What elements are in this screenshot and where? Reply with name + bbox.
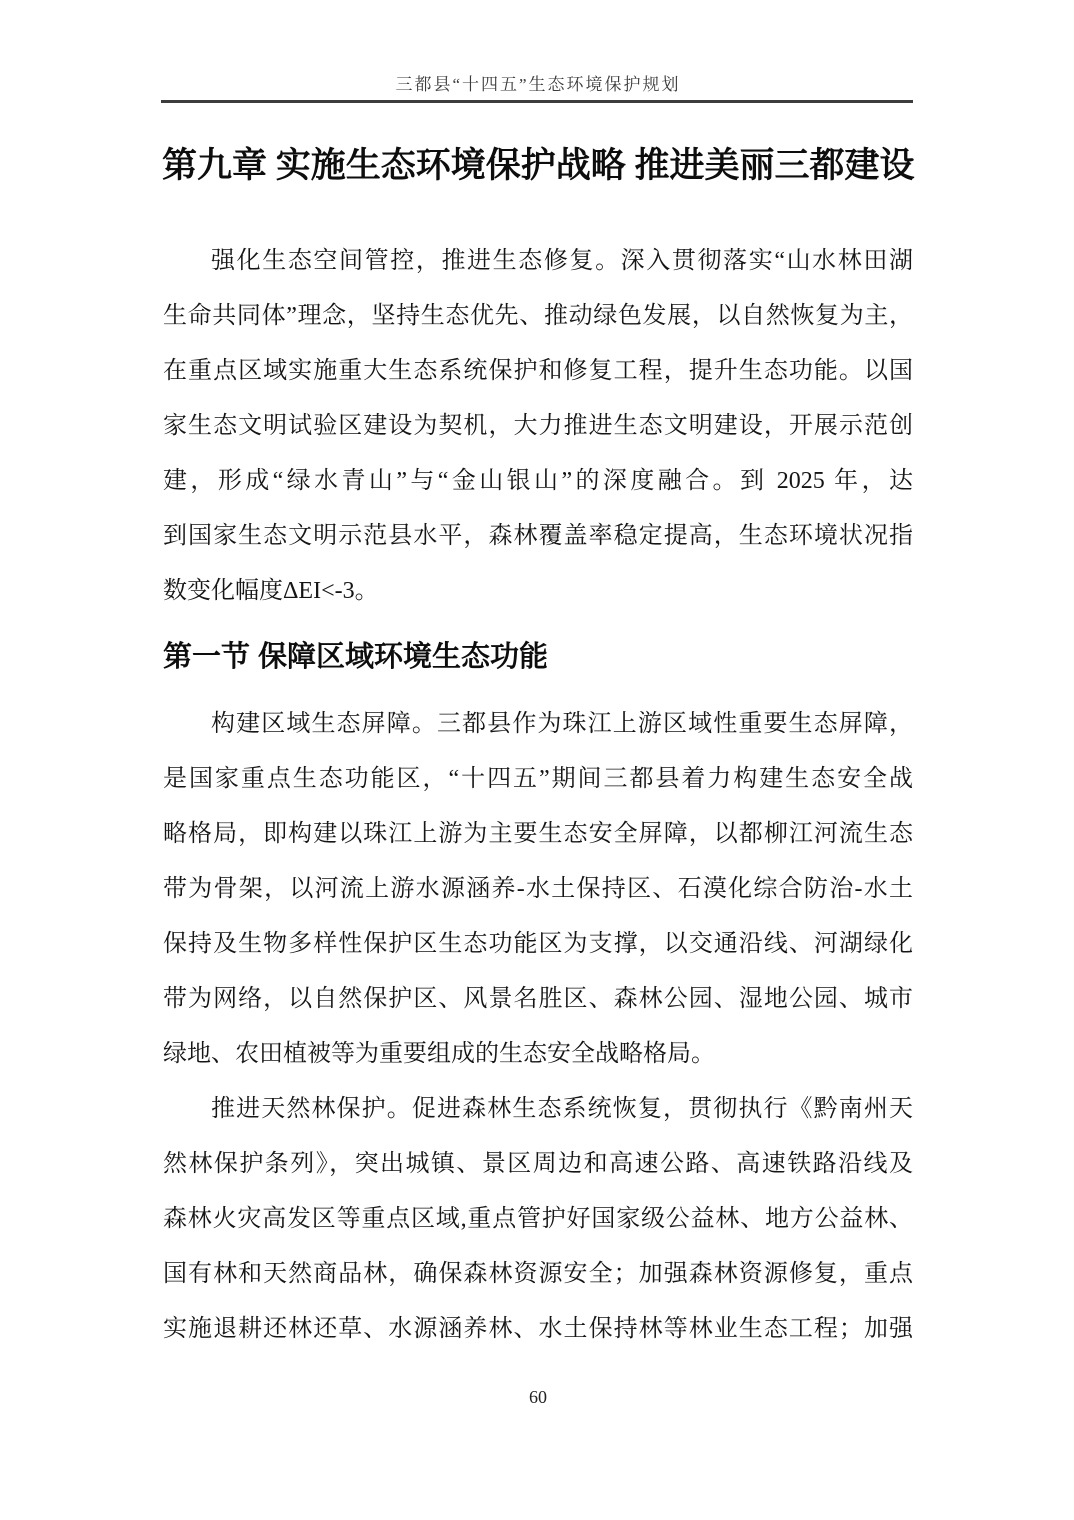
text-line: 略格局，即构建以珠江上游为主要生态安全屏障，以都柳江河流生态 [163, 807, 913, 862]
text-line: 实施退耕还林还草、水源涵养林、水土保持林等林业生态工程；加强 [163, 1302, 913, 1357]
text-line: 带为骨架，以河流上游水源涵养-水土保持区、石漠化综合防治-水土 [163, 862, 913, 917]
section-heading: 第一节 保障区域环境生态功能 [163, 635, 915, 679]
text-line: 然林保护条列》，突出城镇、景区周边和高速公路、高速铁路沿线及 [163, 1137, 913, 1192]
text-line: 家生态文明试验区建设为契机，大力推进生态文明建设，开展示范创 [163, 399, 913, 454]
text-line: 强化生态空间管控，推进生态修复。深入贯彻落实“山水林田湖 [163, 234, 913, 289]
text-line: 构建区域生态屏障。三都县作为珠江上游区域性重要生态屏障， [163, 697, 913, 752]
text-line: 建，形成“绿水青山”与“金山银山”的深度融合。到 2025 年，达 [163, 454, 913, 509]
running-header-title: 三都县“十四五”生态环境保护规划 [162, 72, 914, 98]
text-line: 森林火灾高发区等重点区域,重点管护好国家级公益林、地方公益林、 [163, 1192, 913, 1247]
header-rule [161, 100, 913, 103]
text-line: 是国家重点生态功能区，“十四五”期间三都县着力构建生态安全战 [163, 752, 913, 807]
chapter-title: 第九章 实施生态环境保护战略 推进美丽三都建设 [162, 140, 914, 192]
paragraph-regional-eco-barrier: 构建区域生态屏障。三都县作为珠江上游区域性重要生态屏障，是国家重点生态功能区，“… [163, 697, 913, 1082]
text-line: 生命共同体”理念，坚持生态优先、推动绿色发展，以自然恢复为主， [163, 289, 913, 344]
text-line: 国有林和天然商品林，确保森林资源安全；加强森林资源修复，重点 [163, 1247, 913, 1302]
page-number: 60 [162, 1384, 914, 1410]
text-line: 绿地、农田植被等为重要组成的生态安全战略格局。 [163, 1027, 913, 1082]
paragraph-intro: 强化生态空间管控，推进生态修复。深入贯彻落实“山水林田湖生命共同体”理念，坚持生… [163, 234, 913, 619]
text-line: 到国家生态文明示范县水平，森林覆盖率稳定提高，生态环境状况指 [163, 509, 913, 564]
text-line: 带为网络，以自然保护区、风景名胜区、森林公园、湿地公园、城市 [163, 972, 913, 1027]
paragraph-natural-forest-protection: 推进天然林保护。促进森林生态系统恢复，贯彻执行《黔南州天然林保护条列》，突出城镇… [163, 1082, 913, 1357]
text-line: 保持及生物多样性保护区生态功能区为支撑，以交通沿线、河湖绿化 [163, 917, 913, 972]
document-page: 三都县“十四五”生态环境保护规划 第九章 实施生态环境保护战略 推进美丽三都建设… [0, 0, 1074, 1520]
text-line: 推进天然林保护。促进森林生态系统恢复，贯彻执行《黔南州天 [163, 1082, 913, 1137]
text-line: 在重点区域实施重大生态系统保护和修复工程，提升生态功能。以国 [163, 344, 913, 399]
text-line: 数变化幅度ΔEI<-3。 [163, 564, 913, 619]
